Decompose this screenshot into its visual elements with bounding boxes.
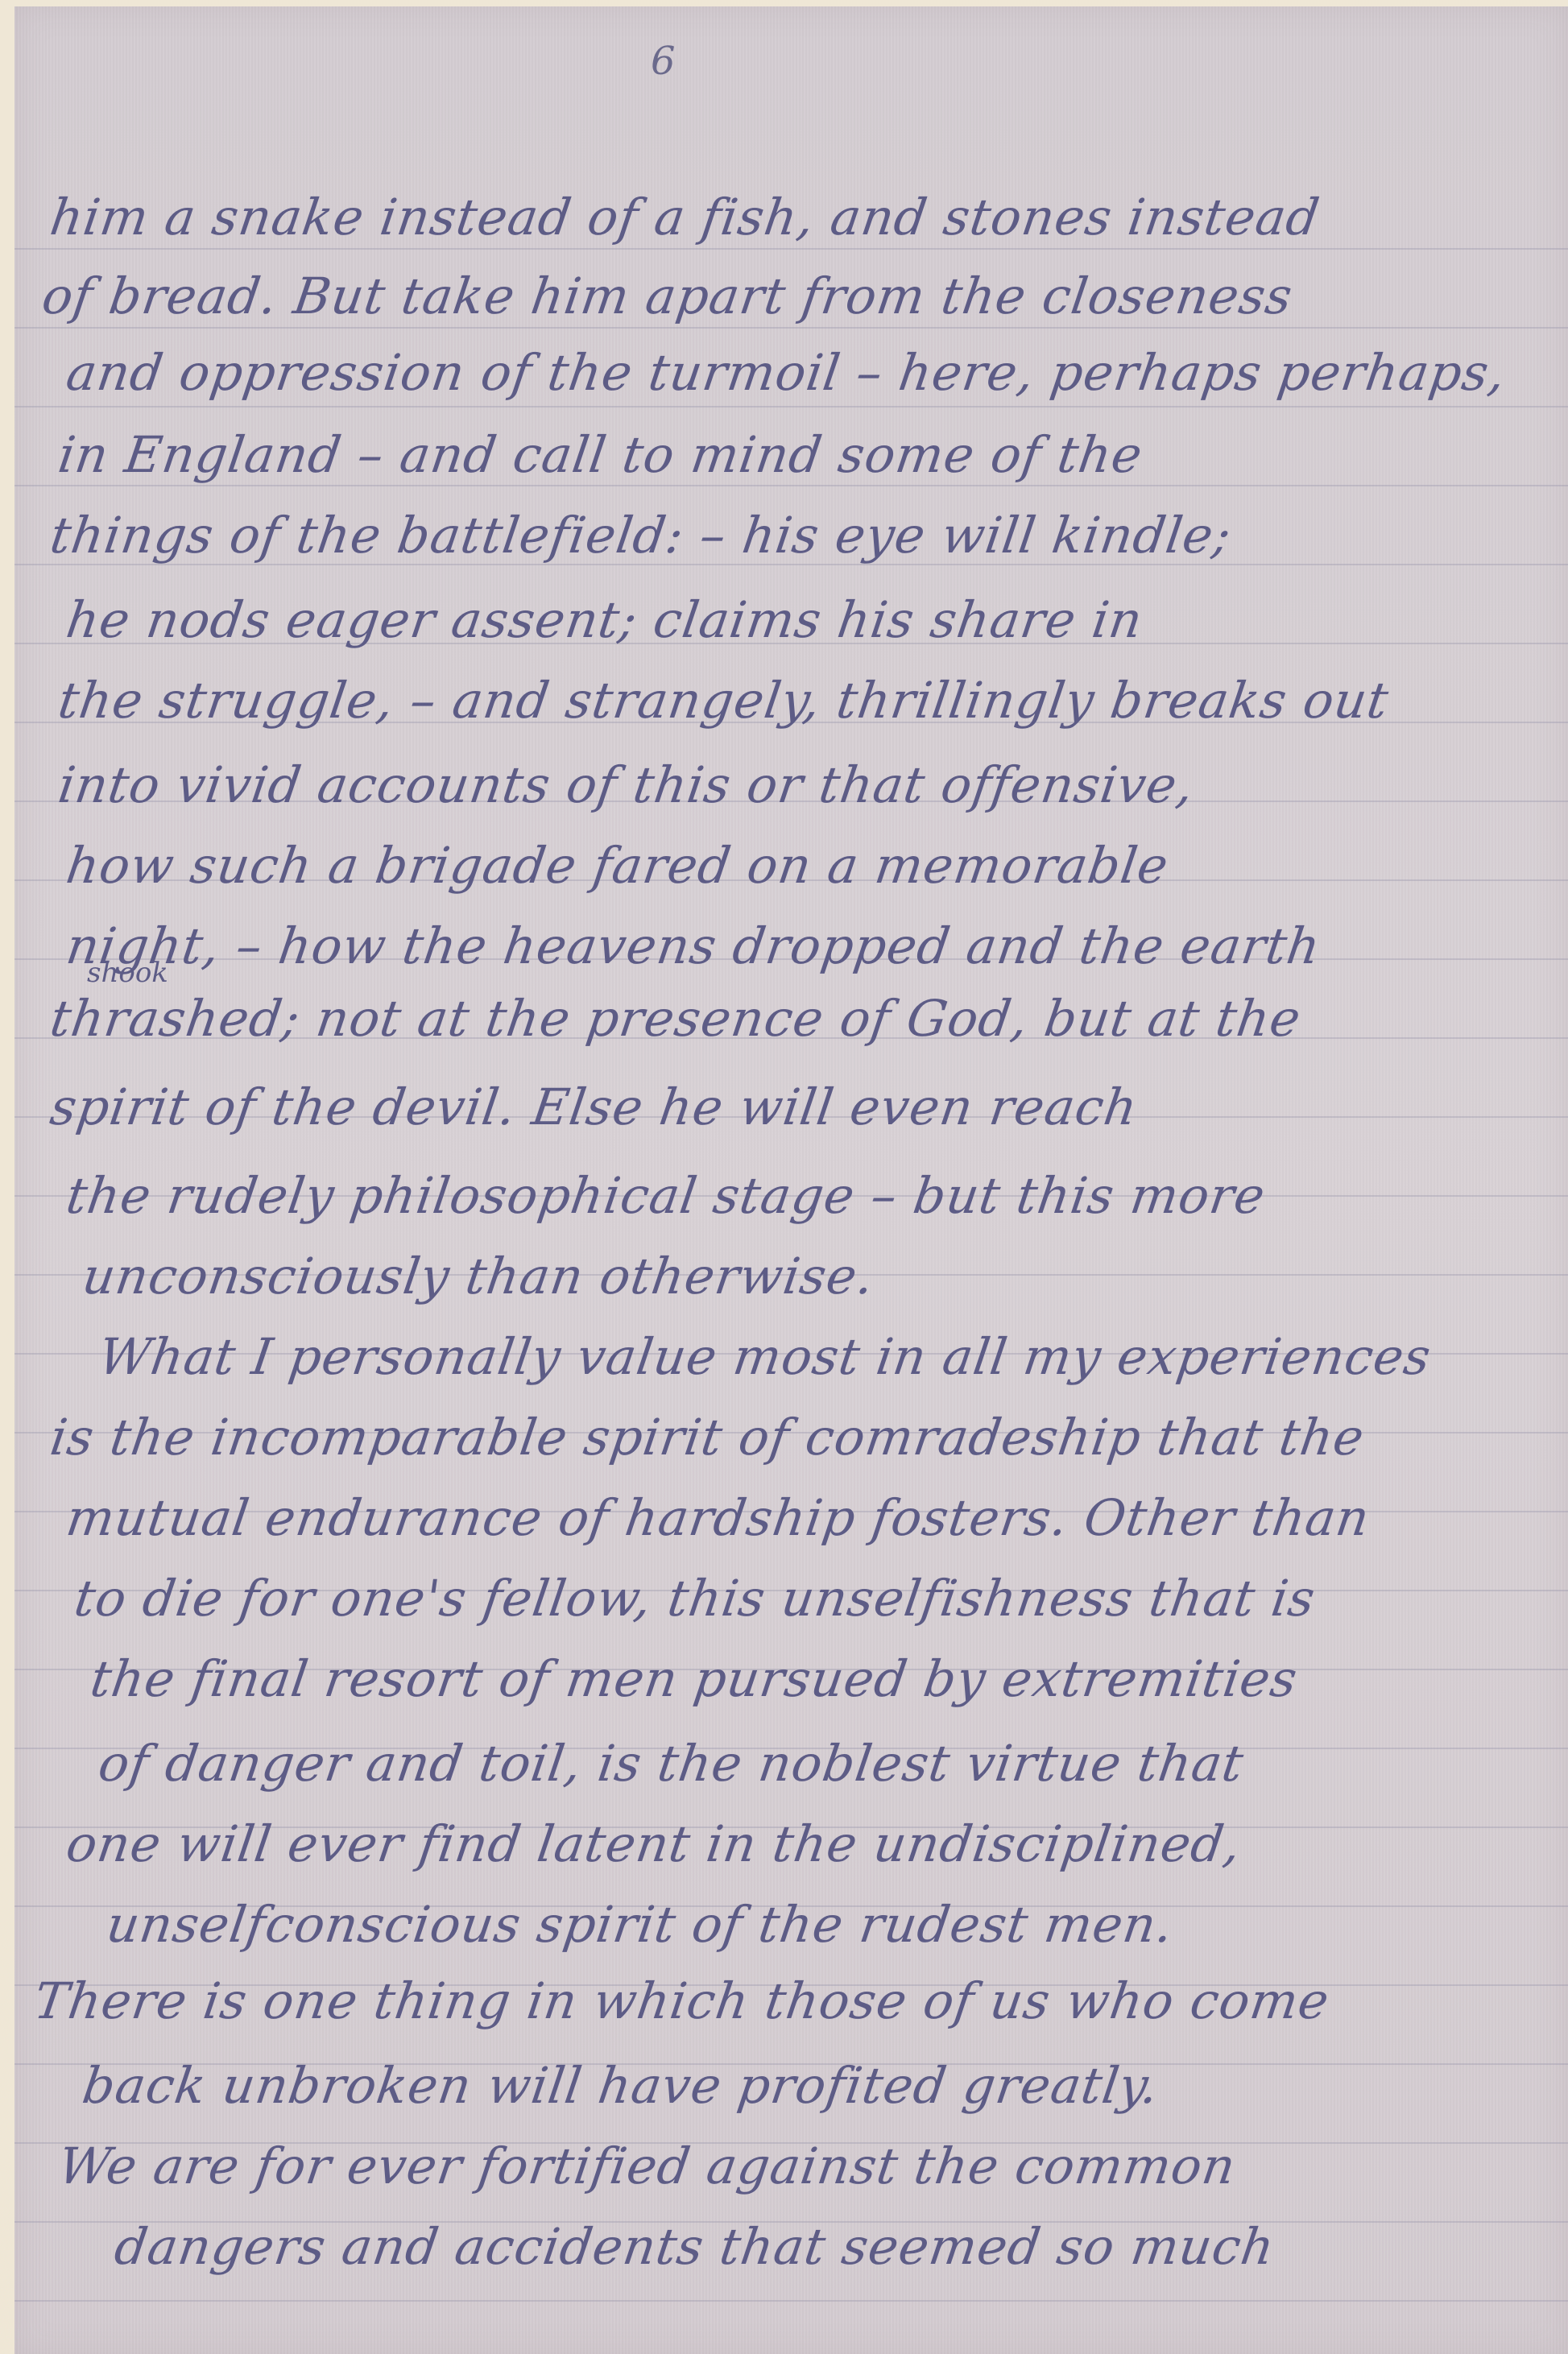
text-line: the rudely philosophical stage – but thi… [63, 1166, 1269, 1225]
text-line: he nods eager assent; claims his share i… [63, 590, 1147, 649]
text-line: into vivid accounts of this or that offe… [55, 755, 1198, 814]
text-line: There is one thing in which those of us … [31, 1971, 1333, 2030]
text-line: What I personally value most in all my e… [95, 1327, 1435, 1386]
text-line: the struggle, – and strangely, thrilling… [55, 671, 1392, 730]
text-line: of bread. But take him apart from the cl… [39, 267, 1297, 325]
text-line: of danger and toil, is the noblest virtu… [95, 1734, 1247, 1793]
text-line: night, – how the heavens dropped and the… [63, 916, 1325, 975]
text-line: how such a brigade fared on a memorable [63, 836, 1173, 895]
text-line: to die for one's fellow, this unselfishn… [71, 1569, 1319, 1628]
text-line: is the incomparable spirit of comradeshi… [47, 1408, 1368, 1467]
text-line: mutual endurance of hardship fosters. Ot… [63, 1488, 1373, 1547]
text-line: him a snake instead of a fish, and stone… [47, 188, 1323, 246]
text-line: thrashed; not at the presence of God, bu… [47, 989, 1305, 1048]
text-line: spirit of the devil. Else he will even r… [47, 1078, 1141, 1136]
text-line: back unbroken will have profited greatly… [79, 2056, 1163, 2115]
page-number: 6 [651, 39, 676, 84]
letter-page: 6 him a snake instead of a fish, and sto… [14, 6, 1568, 2354]
ruled-line [14, 406, 1568, 408]
text-line: unselfconscious spirit of the rudest men… [103, 1895, 1177, 1954]
insertion-shook: shook [87, 957, 168, 989]
text-line: unconsciously than otherwise. [79, 1247, 878, 1305]
ruled-line [14, 327, 1568, 329]
text-line: dangers and accidents that seemed so muc… [111, 2217, 1278, 2276]
ruled-line [14, 485, 1568, 486]
ruled-line [14, 2300, 1568, 2302]
ruled-line [14, 248, 1568, 250]
text-line: things of the battlefield: – his eye wil… [47, 506, 1235, 565]
text-line: the final resort of men pursued by extre… [87, 1649, 1301, 1708]
text-line: and oppression of the turmoil – here, pe… [63, 343, 1510, 402]
text-line: in England – and call to mind some of th… [55, 425, 1147, 484]
text-line: We are for ever fortified against the co… [55, 2137, 1239, 2195]
text-line: one will ever find latent in the undisci… [63, 1814, 1245, 1873]
